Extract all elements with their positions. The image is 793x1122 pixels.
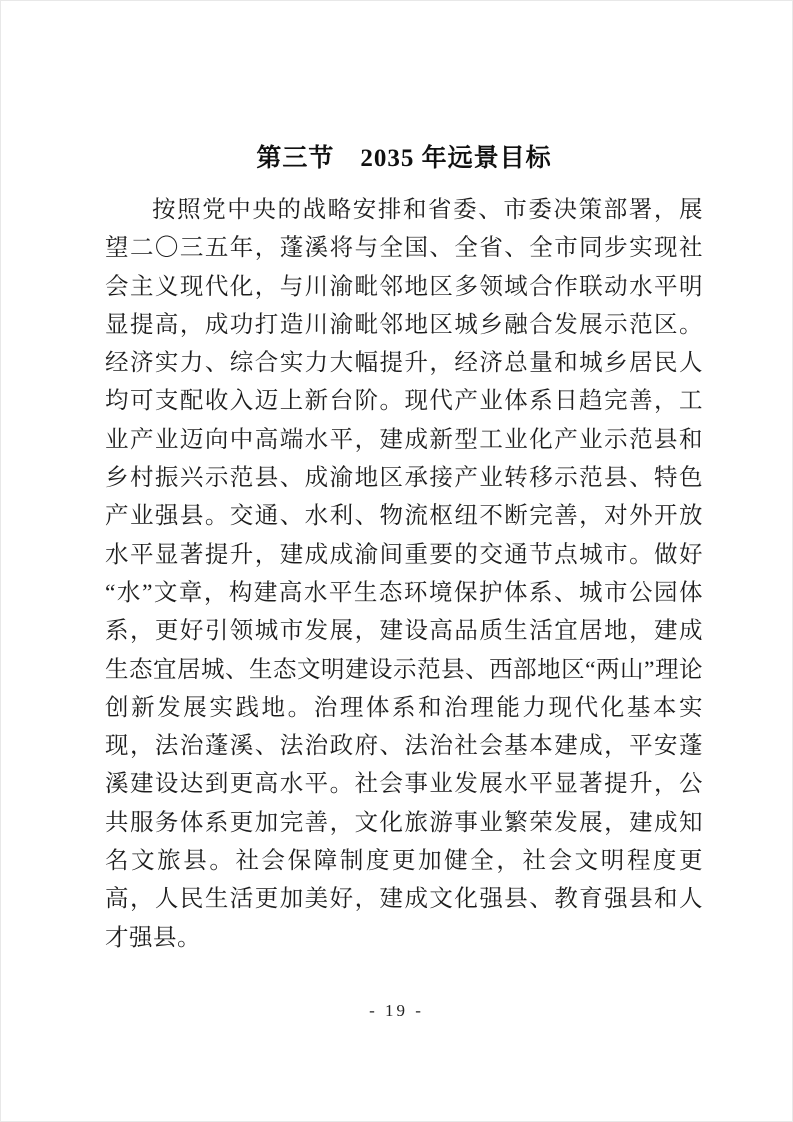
body-paragraph: 按照党中央的战略安排和省委、市委决策部署，展望二〇三五年，蓬溪将与全国、全省、全… bbox=[105, 191, 703, 957]
page-number: - 19 - bbox=[1, 1001, 792, 1021]
document-page: 第三节 2035 年远景目标 按照党中央的战略安排和省委、市委决策部署，展望二〇… bbox=[0, 0, 793, 1122]
page-content: 第三节 2035 年远景目标 按照党中央的战略安排和省委、市委决策部署，展望二〇… bbox=[105, 141, 703, 957]
section-heading: 第三节 2035 年远景目标 bbox=[105, 141, 703, 177]
